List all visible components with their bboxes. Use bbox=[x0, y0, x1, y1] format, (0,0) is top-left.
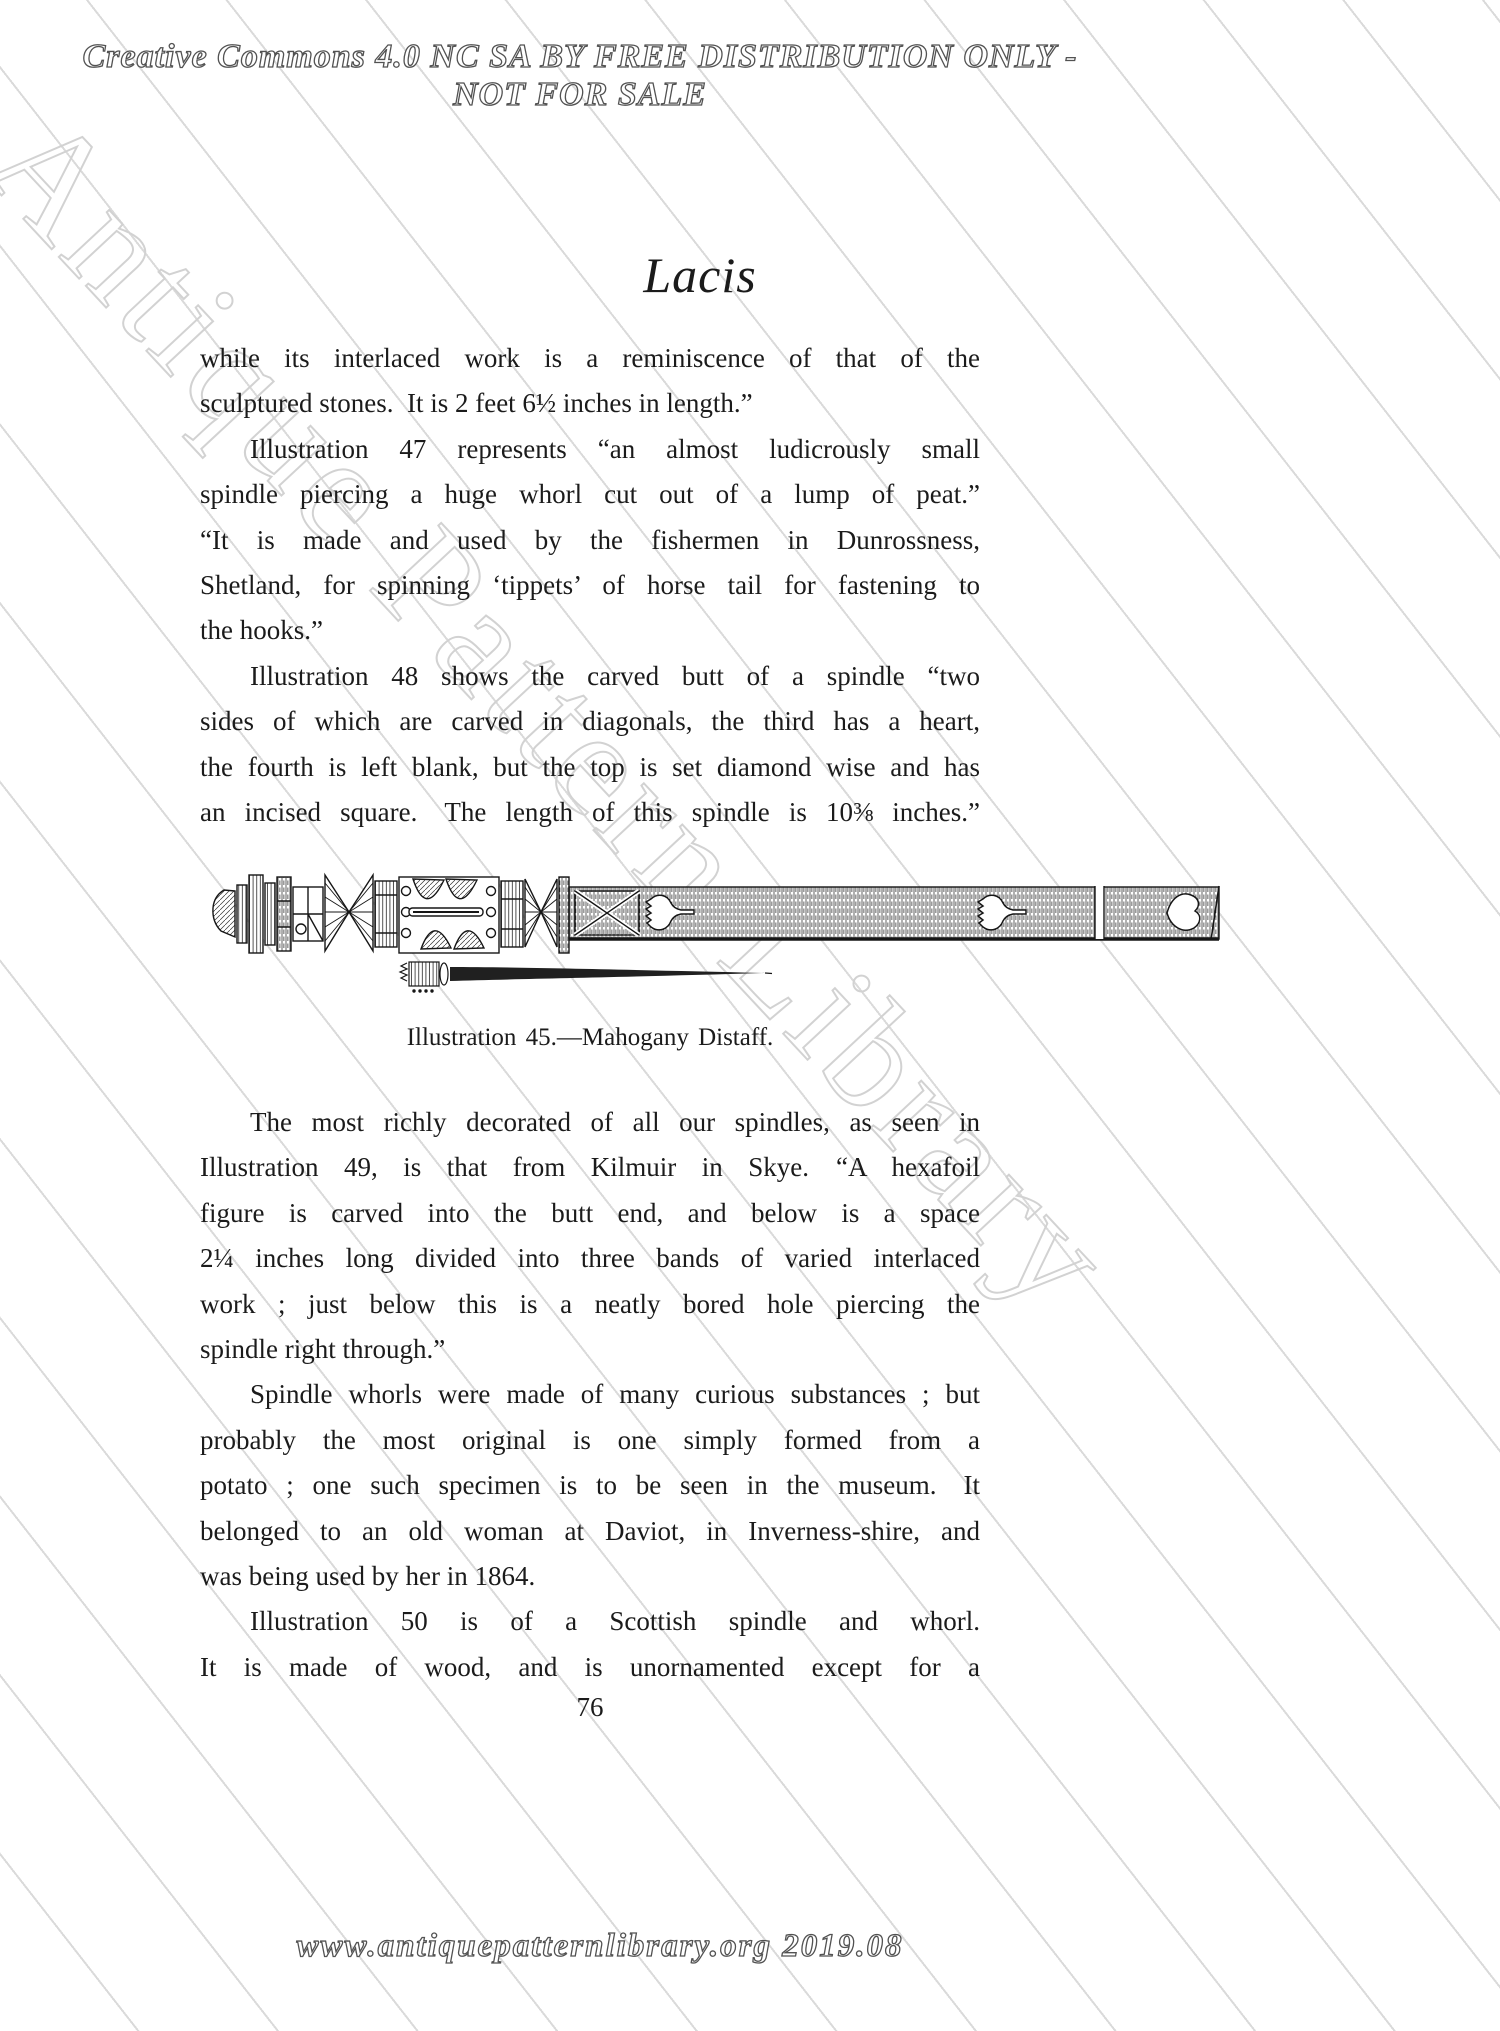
text-line: “It is made and used by the fishermen in… bbox=[200, 518, 980, 563]
distaff-engraving bbox=[213, 875, 1219, 953]
text-line: belonged to an old woman at Daviot, in I… bbox=[200, 1509, 980, 1554]
text-line: while its interlaced work is a reminisce… bbox=[200, 336, 980, 381]
distaff-illustration bbox=[205, 865, 1245, 1005]
text-line: work ; just below this is a neatly bored… bbox=[200, 1282, 980, 1327]
text-line: the fourth is left blank, but the top is… bbox=[200, 745, 980, 790]
text-line: figure is carved into the butt end, and … bbox=[200, 1191, 980, 1236]
text-line: the hooks.” bbox=[200, 608, 980, 653]
cc-license-notice: Creative Commons 4.0 NC SA BY FREE DISTR… bbox=[60, 38, 1100, 114]
text-column-upper: while its interlaced work is a reminisce… bbox=[200, 336, 980, 835]
text-line: Illustration 50 is of a Scottish spindle… bbox=[200, 1599, 980, 1644]
text-line: was being used by her in 1864. bbox=[200, 1554, 980, 1599]
footer-url: www.antiquepatternlibrary.org 2019.08 bbox=[100, 1928, 1100, 1965]
text-line: an incised square. The length of this sp… bbox=[200, 790, 980, 835]
scanned-book-page: Antique Pattern Library Creative Commons… bbox=[0, 0, 1500, 2031]
text-line: spindle piercing a huge whorl cut out of… bbox=[200, 472, 980, 517]
page-number: 76 bbox=[200, 1692, 980, 1723]
text-line: Illustration 49, is that from Kilmuir in… bbox=[200, 1145, 980, 1190]
text-line: spindle right through.” bbox=[200, 1327, 980, 1372]
text-line: 2¼ inches long divided into three bands … bbox=[200, 1236, 980, 1281]
text-column-lower: The most richly decorated of all our spi… bbox=[200, 1100, 980, 1690]
text-line: Illustration 47 represents “an almost lu… bbox=[200, 427, 980, 472]
text-line: The most richly decorated of all our spi… bbox=[200, 1100, 980, 1145]
page-title: Lacis bbox=[200, 246, 1200, 304]
text-line: potato ; one such specimen is to be seen… bbox=[200, 1463, 980, 1508]
text-line: Illustration 48 shows the carved butt of… bbox=[200, 654, 980, 699]
figure-caption: Illustration 45.—Mahogany Distaff. bbox=[200, 1024, 980, 1052]
text-line: Shetland, for spinning ‘tippets’ of hors… bbox=[200, 563, 980, 608]
text-line: sculptured stones. It is 2 feet 6½ inche… bbox=[200, 381, 980, 426]
text-line: sides of which are carved in diagonals, … bbox=[200, 699, 980, 744]
text-line: probably the most original is one simply… bbox=[200, 1418, 980, 1463]
text-line: Spindle whorls were made of many curious… bbox=[200, 1372, 980, 1417]
text-line: It is made of wood, and is unornamented … bbox=[200, 1645, 980, 1690]
distaff-engraving-svg bbox=[205, 865, 1245, 1005]
spindle-engraving bbox=[400, 962, 772, 993]
